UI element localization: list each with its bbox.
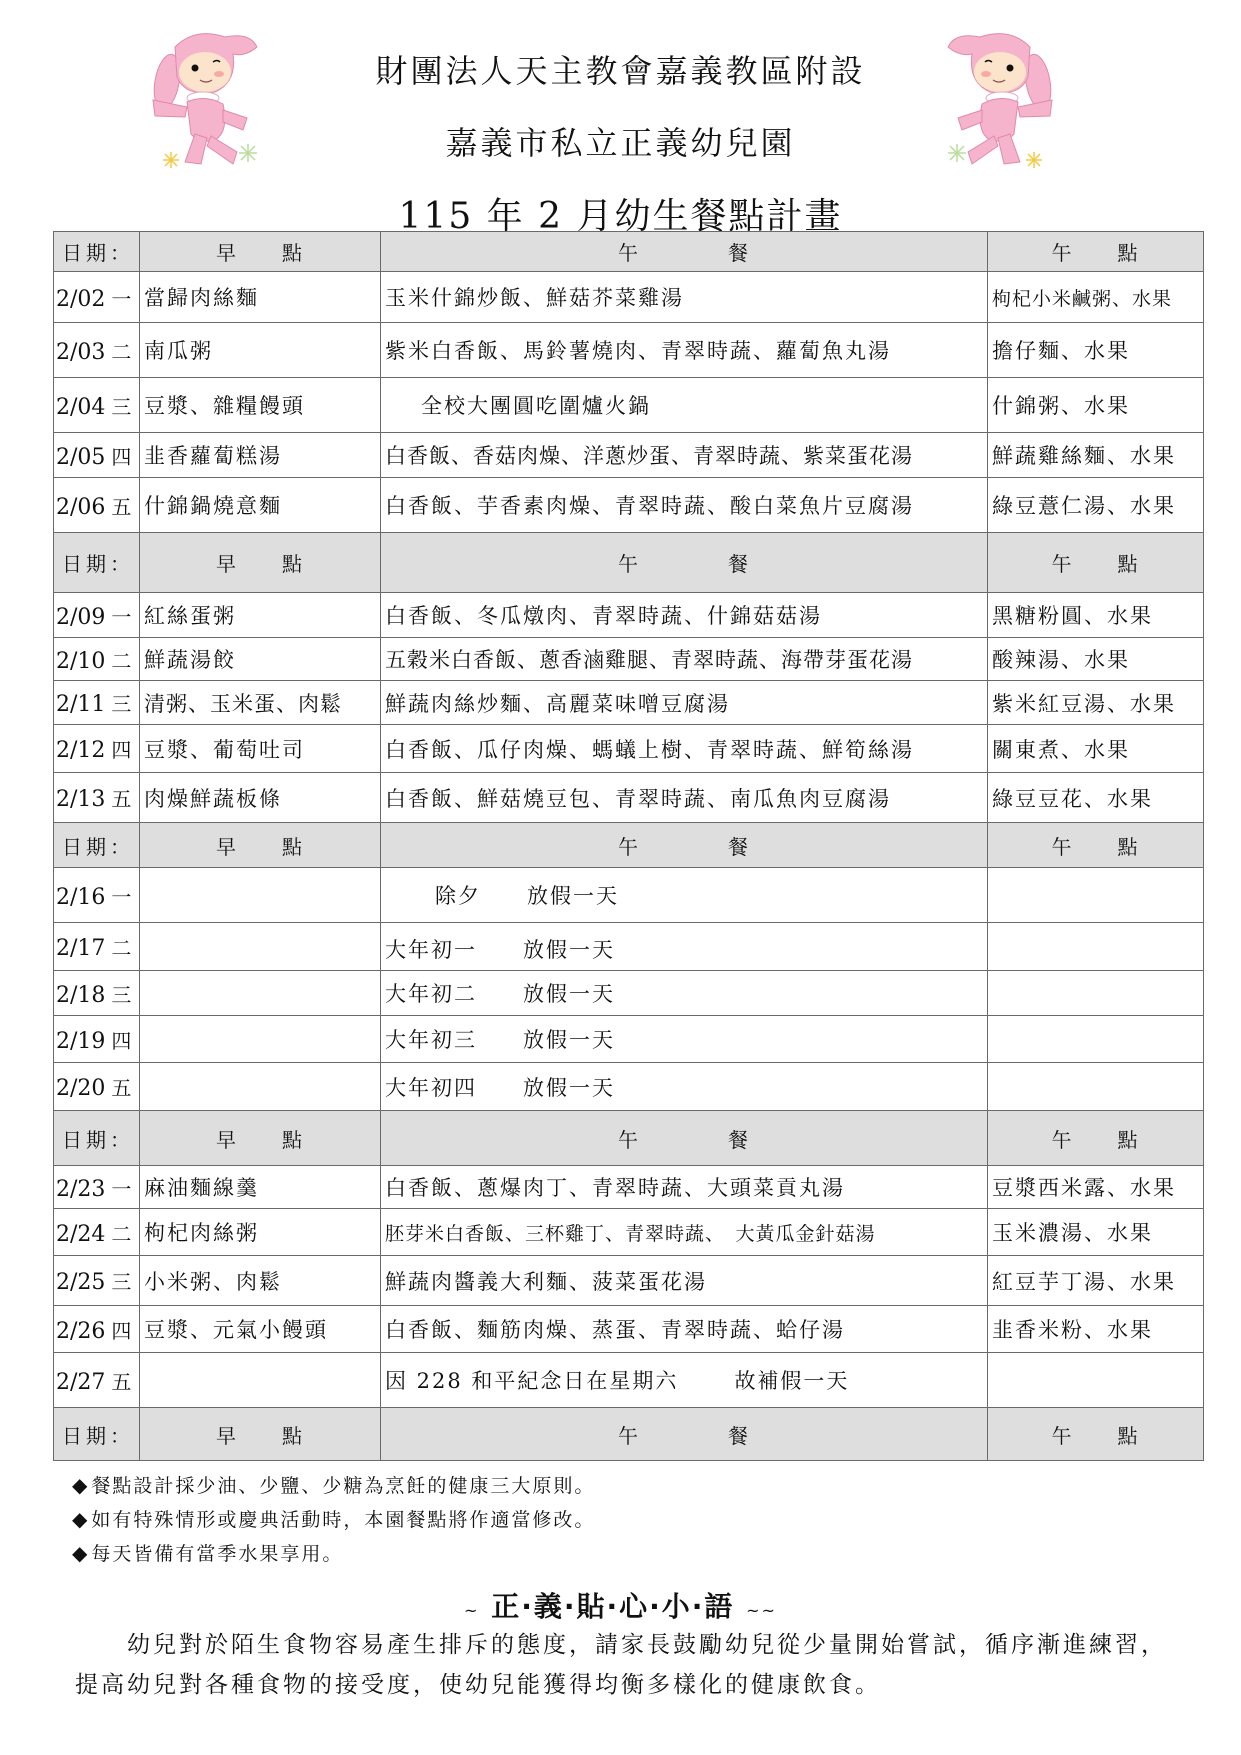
table-header-row: 日期： 早 點 午 餐 午 點 — [54, 232, 1204, 272]
lunch-cell: 大年初二放假一天 — [381, 971, 988, 1016]
lunch-cell: 白香飯、香菇肉燥、洋蔥炒蛋、青翠時蔬、紫菜蛋花湯 — [381, 433, 988, 478]
header-breakfast: 早 點 — [140, 533, 381, 593]
date-cell: 2/17二 — [54, 923, 140, 971]
table-header-row: 日期： 早 點 午 餐 午 點 — [54, 1408, 1204, 1461]
header-breakfast: 早 點 — [140, 1408, 381, 1461]
date-cell: 2/24二 — [54, 1209, 140, 1256]
date-cell: 2/27五 — [54, 1353, 140, 1408]
date-cell: 2/03二 — [54, 323, 140, 378]
organization-title: 財團法人天主教會嘉義教區附設 — [0, 46, 1241, 92]
table-row: 2/20五 大年初四放假一天 — [54, 1063, 1204, 1111]
breakfast-cell: 紅絲蛋粥 — [140, 593, 381, 638]
header-lunch: 午 餐 — [381, 1408, 988, 1461]
header-date: 日期： — [54, 1111, 140, 1166]
table-header-row: 日期： 早 點 午 餐 午 點 — [54, 533, 1204, 593]
lunch-cell: 白香飯、瓜仔肉燥、螞蟻上樹、青翠時蔬、鮮筍絲湯 — [381, 725, 988, 773]
snack-cell: 玉米濃湯、水果 — [988, 1209, 1204, 1256]
breakfast-cell — [140, 923, 381, 971]
snack-cell: 關東煮、水果 — [988, 725, 1204, 773]
snack-cell: 紫米紅豆湯、水果 — [988, 681, 1204, 725]
snack-cell: 豆漿西米露、水果 — [988, 1166, 1204, 1209]
snack-cell: 綠豆薏仁湯、水果 — [988, 478, 1204, 533]
breakfast-cell — [140, 868, 381, 923]
snack-cell: 什錦粥、水果 — [988, 378, 1204, 433]
date-cell: 2/04三 — [54, 378, 140, 433]
lunch-cell: 鮮蔬肉絲炒麵、高麗菜味噌豆腐湯 — [381, 681, 988, 725]
tip-heading: ~ 正·義·貼·心·小·語 ~~ — [0, 1585, 1241, 1625]
breakfast-cell: 豆漿、雜糧饅頭 — [140, 378, 381, 433]
lunch-cell: 白香飯、冬瓜燉肉、青翠時蔬、什錦菇菇湯 — [381, 593, 988, 638]
breakfast-cell: 鮮蔬湯餃 — [140, 638, 381, 681]
breakfast-cell: 什錦鍋燒意麵 — [140, 478, 381, 533]
table-row: 2/16一 除夕放假一天 — [54, 868, 1204, 923]
header-lunch: 午 餐 — [381, 232, 988, 272]
header-date: 日期： — [54, 232, 140, 272]
lunch-cell: 大年初三放假一天 — [381, 1016, 988, 1063]
table-row: 2/04三 豆漿、雜糧饅頭 全校大團圓吃圍爐火鍋 什錦粥、水果 — [54, 378, 1204, 433]
table-row: 2/06五 什錦鍋燒意麵 白香飯、芋香素肉燥、青翠時蔬、酸白菜魚片豆腐湯 綠豆薏… — [54, 478, 1204, 533]
table-row: 2/12四 豆漿、葡萄吐司 白香飯、瓜仔肉燥、螞蟻上樹、青翠時蔬、鮮筍絲湯 關東… — [54, 725, 1204, 773]
date-cell: 2/20五 — [54, 1063, 140, 1111]
snack-cell: 鮮蔬雞絲麵、水果 — [988, 433, 1204, 478]
snack-cell: 紅豆芋丁湯、水果 — [988, 1256, 1204, 1306]
breakfast-cell: 肉燥鮮蔬板條 — [140, 773, 381, 823]
breakfast-cell: 枸杞肉絲粥 — [140, 1209, 381, 1256]
snack-cell — [988, 923, 1204, 971]
table-row: 2/13五 肉燥鮮蔬板條 白香飯、鮮菇燒豆包、青翠時蔬、南瓜魚肉豆腐湯 綠豆豆花… — [54, 773, 1204, 823]
table-row: 2/09一 紅絲蛋粥 白香飯、冬瓜燉肉、青翠時蔬、什錦菇菇湯 黑糖粉圓、水果 — [54, 593, 1204, 638]
header-snack: 午 點 — [988, 1111, 1204, 1166]
snack-cell: 綠豆豆花、水果 — [988, 773, 1204, 823]
header-date: 日期： — [54, 1408, 140, 1461]
tip-paragraph: 幼兒對於陌生食物容易產生排斥的態度，請家長鼓勵幼兒從少量開始嘗試，循序漸進練習，… — [75, 1625, 1185, 1705]
breakfast-cell: 豆漿、元氣小饅頭 — [140, 1306, 381, 1353]
lunch-cell: 因 228 和平紀念日在星期六故補假一天 — [381, 1353, 988, 1408]
header-lunch: 午 餐 — [381, 823, 988, 868]
table-row: 2/03二 南瓜粥 紫米白香飯、馬鈴薯燒肉、青翠時蔬、蘿蔔魚丸湯 擔仔麵、水果 — [54, 323, 1204, 378]
table-row: 2/11三 清粥、玉米蛋、肉鬆 鮮蔬肉絲炒麵、高麗菜味噌豆腐湯 紫米紅豆湯、水果 — [54, 681, 1204, 725]
date-cell: 2/10二 — [54, 638, 140, 681]
date-cell: 2/18三 — [54, 971, 140, 1016]
lunch-cell: 白香飯、蔥爆肉丁、青翠時蔬、大頭菜貢丸湯 — [381, 1166, 988, 1209]
lunch-cell: 玉米什錦炒飯、鮮菇芥菜雞湯 — [381, 272, 988, 323]
snack-cell: 黑糖粉圓、水果 — [988, 593, 1204, 638]
snack-cell: 擔仔麵、水果 — [988, 323, 1204, 378]
table-row: 2/05四 韭香蘿蔔糕湯 白香飯、香菇肉燥、洋蔥炒蛋、青翠時蔬、紫菜蛋花湯 鮮蔬… — [54, 433, 1204, 478]
header-breakfast: 早 點 — [140, 1111, 381, 1166]
breakfast-cell: 當歸肉絲麵 — [140, 272, 381, 323]
date-cell: 2/06五 — [54, 478, 140, 533]
table-row: 2/24二 枸杞肉絲粥 胚芽米白香飯、三杯雞丁、青翠時蔬、 大黃瓜金針菇湯 玉米… — [54, 1209, 1204, 1256]
header-snack: 午 點 — [988, 232, 1204, 272]
table-header-row: 日期： 早 點 午 餐 午 點 — [54, 823, 1204, 868]
lunch-cell: 大年初四放假一天 — [381, 1063, 988, 1111]
header-date: 日期： — [54, 533, 140, 593]
breakfast-cell: 麻油麵線羹 — [140, 1166, 381, 1209]
date-cell: 2/19四 — [54, 1016, 140, 1063]
date-cell: 2/23一 — [54, 1166, 140, 1209]
table-header-row: 日期： 早 點 午 餐 午 點 — [54, 1111, 1204, 1166]
breakfast-cell — [140, 1353, 381, 1408]
breakfast-cell: 韭香蘿蔔糕湯 — [140, 433, 381, 478]
date-cell: 2/11三 — [54, 681, 140, 725]
snack-cell — [988, 1063, 1204, 1111]
table-row: 2/23一 麻油麵線羹 白香飯、蔥爆肉丁、青翠時蔬、大頭菜貢丸湯 豆漿西米露、水… — [54, 1166, 1204, 1209]
note-item: ◆如有特殊情形或慶典活動時，本園餐點將作適當修改。 — [72, 1502, 595, 1536]
note-item: ◆每天皆備有當季水果享用。 — [72, 1536, 595, 1570]
table-row: 2/25三 小米粥、肉鬆 鮮蔬肉醬義大利麵、菠菜蛋花湯 紅豆芋丁湯、水果 — [54, 1256, 1204, 1306]
lunch-cell: 白香飯、鮮菇燒豆包、青翠時蔬、南瓜魚肉豆腐湯 — [381, 773, 988, 823]
diamond-bullet-icon: ◆ — [72, 1473, 89, 1497]
date-cell: 2/02一 — [54, 272, 140, 323]
date-cell: 2/25三 — [54, 1256, 140, 1306]
snack-cell — [988, 971, 1204, 1016]
lunch-cell: 胚芽米白香飯、三杯雞丁、青翠時蔬、 大黃瓜金針菇湯 — [381, 1209, 988, 1256]
table-row: 2/18三 大年初二放假一天 — [54, 971, 1204, 1016]
lunch-cell: 白香飯、麵筋肉燥、蒸蛋、青翠時蔬、蛤仔湯 — [381, 1306, 988, 1353]
date-cell: 2/05四 — [54, 433, 140, 478]
lunch-cell: 鮮蔬肉醬義大利麵、菠菜蛋花湯 — [381, 1256, 988, 1306]
lunch-cell: 除夕放假一天 — [381, 868, 988, 923]
school-name: 嘉義市私立正義幼兒園 — [0, 118, 1241, 164]
snack-cell: 酸辣湯、水果 — [988, 638, 1204, 681]
breakfast-cell — [140, 971, 381, 1016]
date-cell: 2/13五 — [54, 773, 140, 823]
table-row: 2/17二 大年初一放假一天 — [54, 923, 1204, 971]
snack-cell — [988, 868, 1204, 923]
diamond-bullet-icon: ◆ — [72, 1507, 89, 1531]
breakfast-cell — [140, 1063, 381, 1111]
breakfast-cell: 南瓜粥 — [140, 323, 381, 378]
date-cell: 2/12四 — [54, 725, 140, 773]
table-row: 2/10二 鮮蔬湯餃 五穀米白香飯、蔥香滷雞腿、青翠時蔬、海帶芽蛋花湯 酸辣湯、… — [54, 638, 1204, 681]
breakfast-cell: 清粥、玉米蛋、肉鬆 — [140, 681, 381, 725]
meal-plan-table: 日期： 早 點 午 餐 午 點 2/02一 當歸肉絲麵 玉米什錦炒飯、鮮菇芥菜雞… — [53, 231, 1204, 1461]
header-snack: 午 點 — [988, 533, 1204, 593]
header-snack: 午 點 — [988, 1408, 1204, 1461]
table-row: 2/02一 當歸肉絲麵 玉米什錦炒飯、鮮菇芥菜雞湯 枸杞小米鹹粥、水果 — [54, 272, 1204, 323]
date-cell: 2/16一 — [54, 868, 140, 923]
lunch-cell: 大年初一放假一天 — [381, 923, 988, 971]
header-breakfast: 早 點 — [140, 232, 381, 272]
diamond-bullet-icon: ◆ — [72, 1541, 89, 1565]
table-row: 2/26四 豆漿、元氣小饅頭 白香飯、麵筋肉燥、蒸蛋、青翠時蔬、蛤仔湯 韭香米粉… — [54, 1306, 1204, 1353]
header-lunch: 午 餐 — [381, 533, 988, 593]
date-cell: 2/09一 — [54, 593, 140, 638]
snack-cell: 韭香米粉、水果 — [988, 1306, 1204, 1353]
lunch-cell: 白香飯、芋香素肉燥、青翠時蔬、酸白菜魚片豆腐湯 — [381, 478, 988, 533]
breakfast-cell — [140, 1016, 381, 1063]
breakfast-cell: 小米粥、肉鬆 — [140, 1256, 381, 1306]
header-date: 日期： — [54, 823, 140, 868]
table-row: 2/19四 大年初三放假一天 — [54, 1016, 1204, 1063]
note-item: ◆餐點設計採少油、少鹽、少糖為烹飪的健康三大原則。 — [72, 1468, 595, 1502]
table-row: 2/27五 因 228 和平紀念日在星期六故補假一天 — [54, 1353, 1204, 1408]
header-lunch: 午 餐 — [381, 1111, 988, 1166]
notes-list: ◆餐點設計採少油、少鹽、少糖為烹飪的健康三大原則。 ◆如有特殊情形或慶典活動時，… — [72, 1468, 595, 1570]
header-snack: 午 點 — [988, 823, 1204, 868]
snack-cell — [988, 1016, 1204, 1063]
breakfast-cell: 豆漿、葡萄吐司 — [140, 725, 381, 773]
lunch-cell: 紫米白香飯、馬鈴薯燒肉、青翠時蔬、蘿蔔魚丸湯 — [381, 323, 988, 378]
lunch-cell: 五穀米白香飯、蔥香滷雞腿、青翠時蔬、海帶芽蛋花湯 — [381, 638, 988, 681]
date-cell: 2/26四 — [54, 1306, 140, 1353]
snack-cell: 枸杞小米鹹粥、水果 — [988, 272, 1204, 323]
header-breakfast: 早 點 — [140, 823, 381, 868]
snack-cell — [988, 1353, 1204, 1408]
lunch-cell: 全校大團圓吃圍爐火鍋 — [381, 378, 988, 433]
